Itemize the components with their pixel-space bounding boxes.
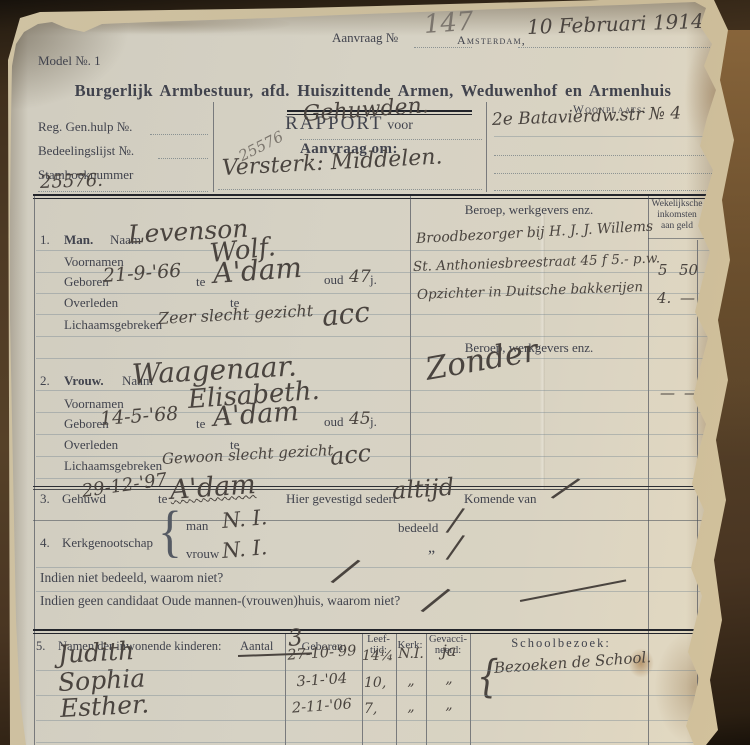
child-row-gevaccineerd: „ [428,698,470,712]
child-row-kerk: „ [394,674,428,688]
man-beroep-line2-cent: 50 [679,263,698,278]
vrouw-geboren-value: 14-5-'68 [99,405,179,429]
section-rule-top [33,194,712,196]
col-header-schoolbezoek: Schoolbezoek: [475,637,647,650]
child-row-geboren: 27-10-'99 [283,644,360,664]
child-row-geboren: 2-11-'06 [285,697,358,716]
man-beroep-line2-gulden: 5 [658,263,668,278]
man-beroep-line1: Broodbezorger bij H. J. J. Willems [416,220,654,246]
vrouw-oud-label: oud [324,415,344,429]
gehuwd-plaats-value: A'dam [169,471,257,504]
section-rule-3 [33,629,712,631]
income-header-line1: Wekelijksche [644,200,710,210]
vrouw-leeftijd-value: 45 [349,411,371,428]
child-row-gevaccineerd: ja [428,643,470,659]
vrouw-number: 2. [40,374,50,388]
ruled-line [36,250,710,251]
aantal-label: Aantal [240,640,273,653]
bedeelingslijst-label: Bedeelingslijst №. [38,144,134,158]
child-row-geboren: 3-1-'04 [285,671,358,690]
man-number: 1. [40,233,50,247]
kinderen-number: 5. [36,640,45,653]
reg-genhulp-line [150,133,208,135]
reg-block-divider-right [486,102,487,192]
child-row-leeftijd: 14¼ [362,649,393,663]
child-row-leeftijd: 10, [364,676,386,690]
reg-genhulp-label: Reg. Gen.hulp №. [38,120,132,134]
school-note-value: Bezoeken de School. [493,650,651,676]
gehuwd-datum-value: 29-12-'97 [81,471,168,501]
section-3-underline [33,520,712,521]
kinderen-col-divider [470,634,471,745]
ruled-line [36,742,710,743]
kerk-number: 4. [40,536,50,550]
man-lichaamsgebreken-value: Zeer slecht gezicht [158,303,314,327]
question-oudemannenhuis: Indien geen candidaat Oude mannen-(vrouw… [40,594,400,608]
kerkgenootschap-label: Kerkgenootschap [62,536,153,550]
man-oud-label: oud [324,273,344,287]
ruled-line [36,720,710,721]
kerk-man-label: man [186,519,208,533]
man-lichaamsgebreken-note: acc [321,298,372,331]
kerk-vrouw-value: N. I. [221,537,268,562]
vrouw-geboorteplaats-value: A'dam [212,398,300,431]
man-lichaamsgebreken-label: Lichaamsgebreken [64,318,162,332]
man-geboorteplaats-value: A'dam [212,254,303,288]
vrouw-overleden-label: Overleden [64,438,118,452]
ruled-line [36,567,710,568]
kerk-man-value: N. I. [221,507,268,532]
ruled-line [36,695,710,696]
kerk-brace: { [158,501,182,561]
man-type-label: Man. [64,233,93,247]
man-beroep-line3-cent: — [680,291,695,306]
kerk-vrouw-label: vrouw [186,547,219,561]
komende-van-label: Komende van [464,492,537,506]
question-niet-bedeeld-answer-mark: / [332,551,359,591]
ruled-line [36,434,710,435]
vrouw-amount-gulden: — [660,386,675,401]
ruled-line [36,336,710,337]
ruled-line [36,591,710,592]
aanvraag-number-label: Aanvraag № [332,31,398,45]
rapport-value-line [300,138,482,140]
ruled-line [36,314,710,315]
stamboek-line [38,190,208,192]
col-header-leeftijd-1: Leef- [362,634,395,645]
man-te-label: te [196,275,205,289]
date-line [518,46,718,48]
man-geboren-value: 21-9-'66 [102,262,182,286]
woonplaats-line-1 [494,136,730,137]
table-border-left [34,196,35,745]
date-handwritten: 10 Februari 1914. [527,11,711,37]
form-paper: Model №. 1 Aanvraag № 147 Amsterdam, 10 … [0,0,750,745]
beroep-header-man: Beroep, werkgevers enz. [410,203,648,217]
reg-block-divider-left [213,102,214,192]
ruled-line [36,456,710,457]
question-oudemannenhuis-answer-mark: / [422,580,449,620]
gevestigd-value: altijd [391,475,455,503]
scanned-form-photo: Model №. 1 Aanvraag № 147 Amsterdam, 10 … [0,0,750,745]
stamboek-value: 25576. [40,172,104,192]
vrouw-te-label: te [196,417,205,431]
aanvraag-om-line [218,188,482,190]
woonplaats-value: 2e Batavierdw.str № 4 [492,105,682,129]
man-beroep-line3-gulden: 4. [657,291,671,306]
kerk-vrouw-ditto-mark: „ [428,540,435,557]
child-row-leeftijd: 7, [364,702,377,716]
child-row-naam: Judith [57,638,134,667]
income-header-underline [648,238,711,239]
vrouw-type-label: Vrouw. [64,374,104,388]
child-row-kerk: N.I. [394,647,428,661]
woonplaats-line-4 [494,189,730,191]
woonplaats-line-3 [494,172,730,174]
city-label: Amsterdam, [457,34,526,47]
model-number-label: Model №. 1 [38,54,101,68]
vrouw-lichaamsgebreken-value: Gewoon slecht gezicht [162,443,334,467]
child-row-kerk: „ [394,700,428,714]
man-beroep-line3: Opzichter in Duitsche bakkerijen [417,281,644,302]
man-leeftijd-value: 47 [349,269,371,286]
ruled-line [36,670,710,671]
woonplaats-line-2 [494,154,730,156]
gevestigd-label: Hier gevestigd sedert [286,492,396,506]
huwelijk-number: 3. [40,492,50,506]
man-jaar-label: j. [370,273,377,287]
man-overleden-label: Overleden [64,296,118,310]
vrouw-jaar-label: j. [370,415,377,429]
bedeeld-label: bedeeld [398,521,438,535]
vrouw-lichaamsgebreken-note: acc [329,441,372,469]
child-row-gevaccineerd: „ [428,672,470,686]
bedeelingslijst-line [158,157,208,159]
question-niet-bedeeld: Indien niet bedeeld, waarom niet? [40,571,223,585]
